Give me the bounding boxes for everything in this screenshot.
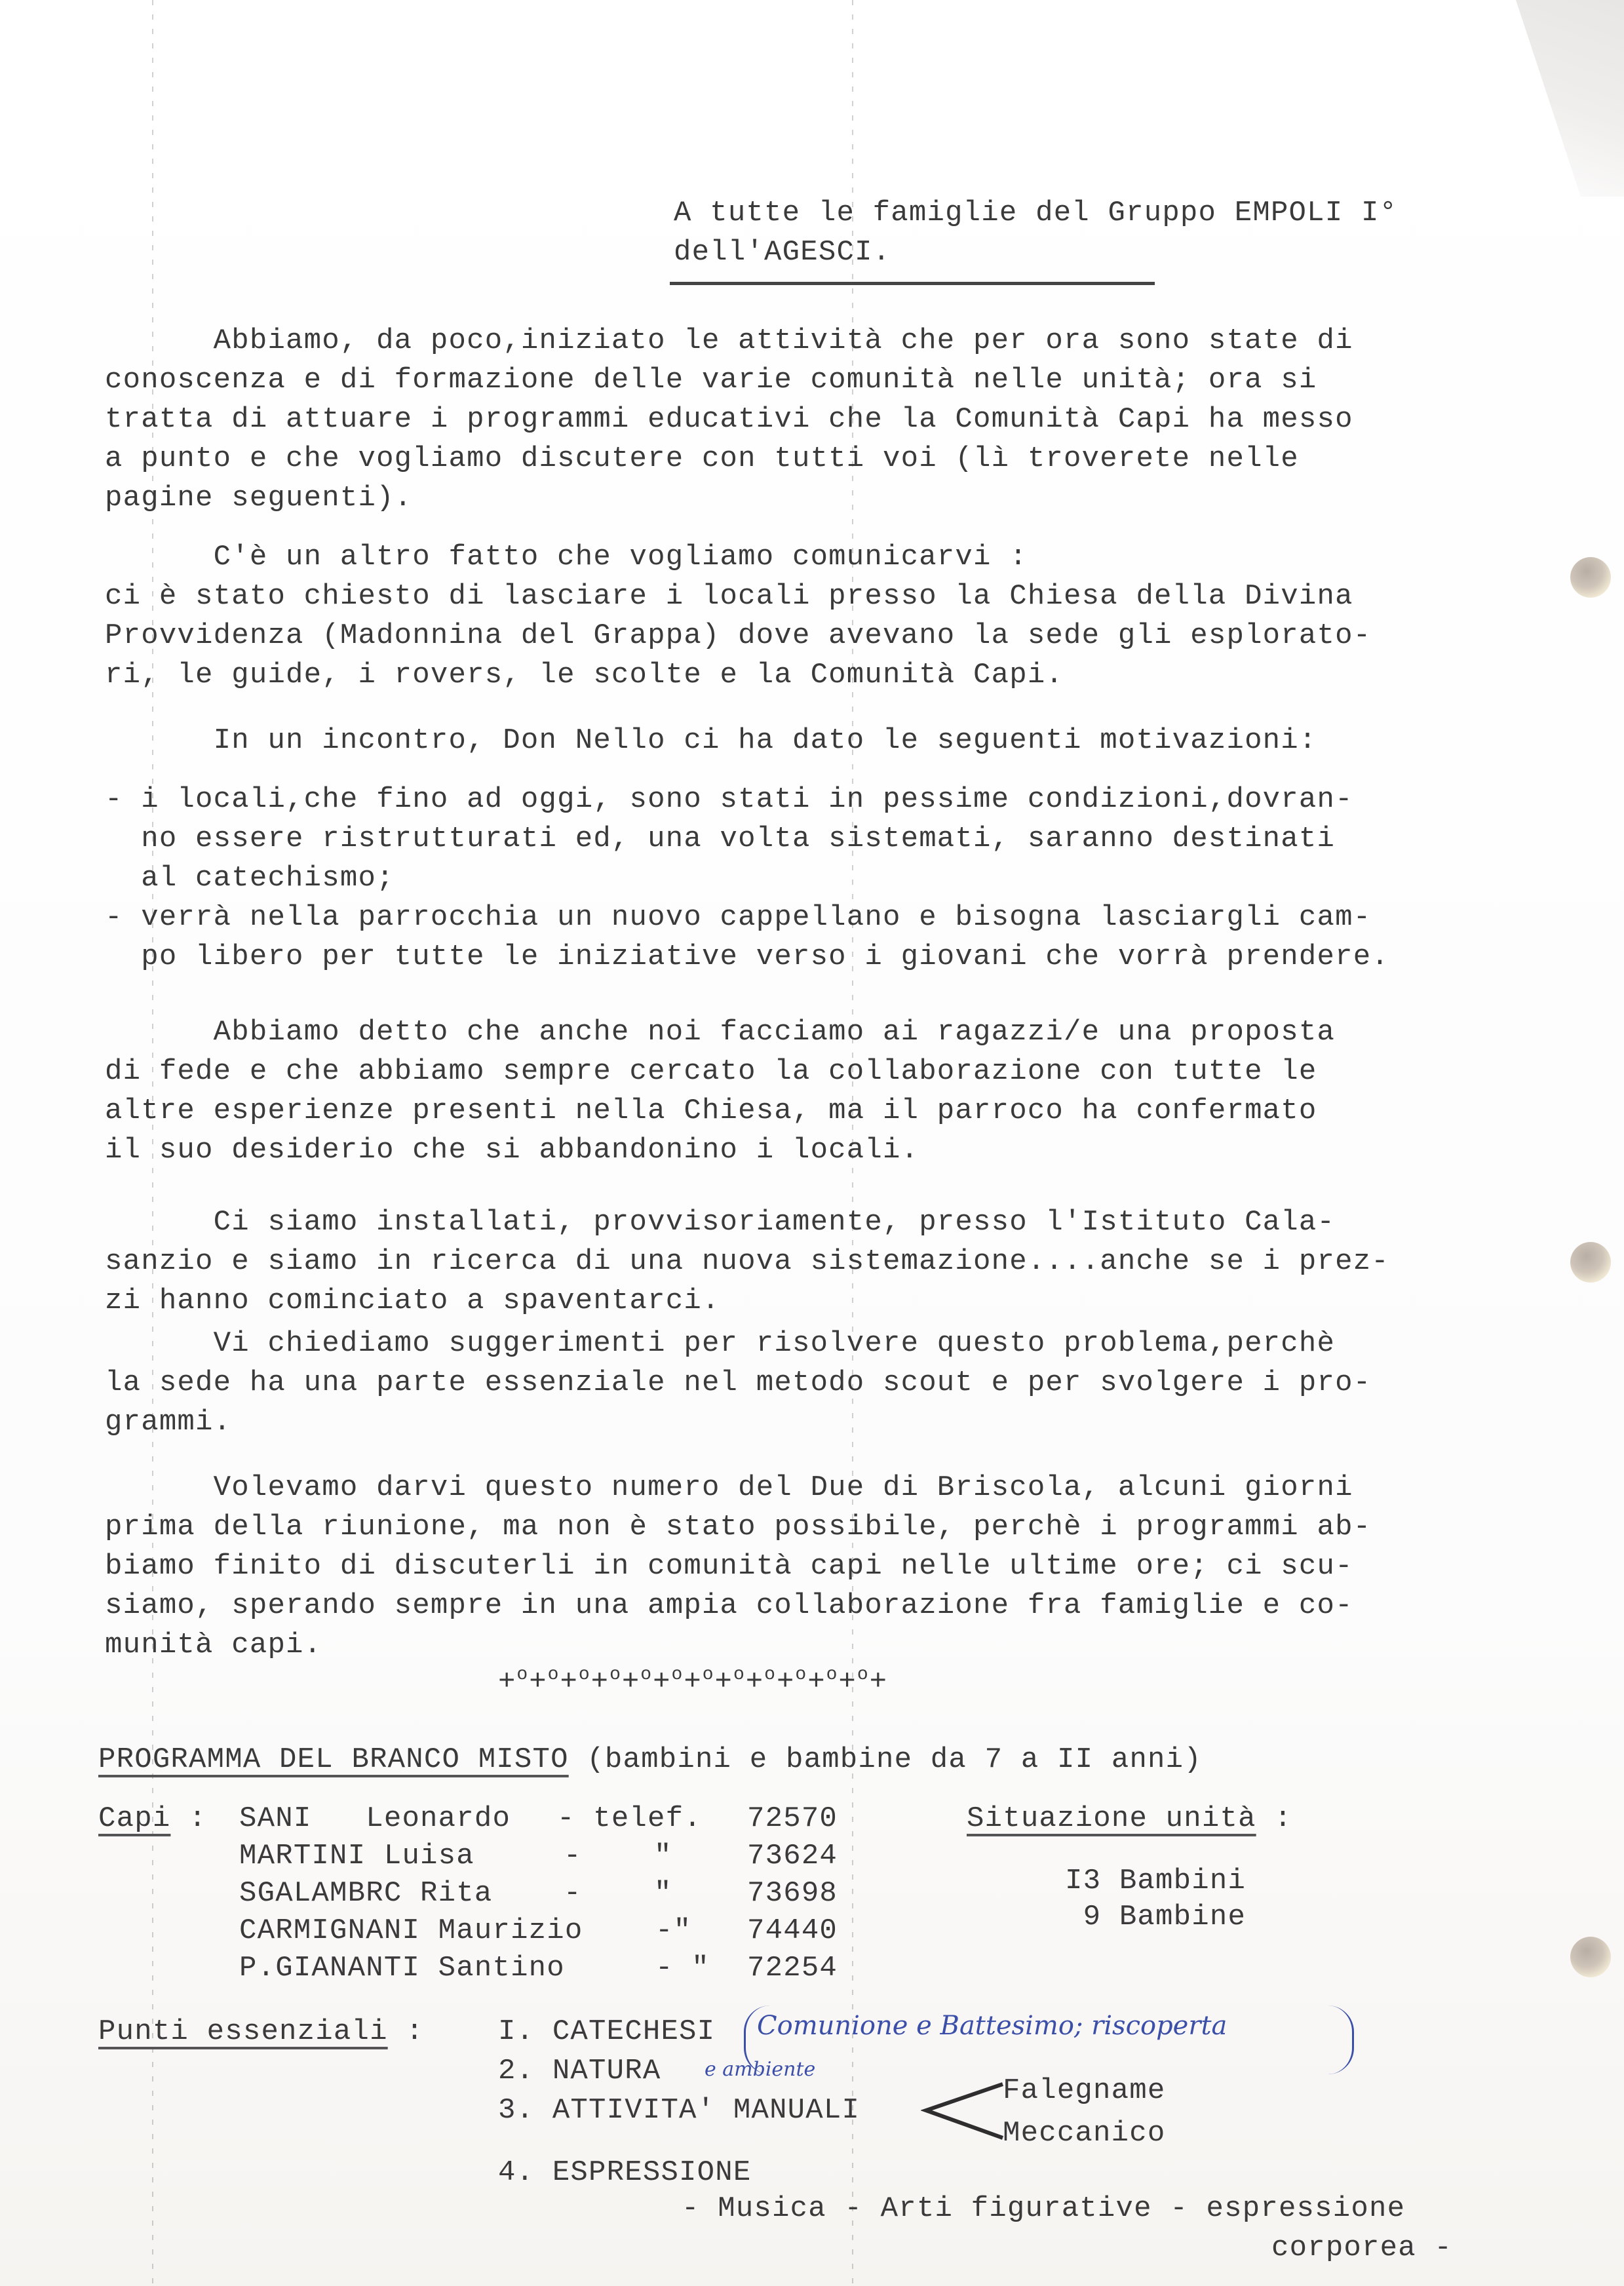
program-title: PROGRAMMA DEL BRANCO MISTO xyxy=(98,1743,569,1776)
points-label-row: Punti essenziali : xyxy=(98,2012,424,2051)
branch-meccanico: Meccanico xyxy=(1003,2114,1165,2153)
program-title-row: PROGRAMMA DEL BRANCO MISTO (bambini e ba… xyxy=(98,1740,1202,1779)
addressee-line-1: A tutte le famiglie del Gruppo EMPOLI I° xyxy=(674,193,1397,233)
point-number: I. xyxy=(498,2015,534,2048)
expression-details-line-2: corporea - xyxy=(1271,2228,1452,2268)
paragraph-line: altre esperienze presenti nella Chiesa, … xyxy=(105,1091,1317,1131)
leader-phone: 73698 xyxy=(747,1874,838,1913)
point-number: 4. xyxy=(498,2156,534,2189)
leader-name: CARMIGNANI Maurizio xyxy=(239,1911,583,1950)
page-corner-curl xyxy=(1480,0,1624,197)
paragraph-line: Volevamo darvi questo numero del Due di … xyxy=(105,1468,1353,1507)
paragraph-line: Abbiamo detto che anche noi facciamo ai … xyxy=(105,1013,1335,1052)
situation-item-girls: 9 Bambine xyxy=(1065,1897,1246,1937)
leader-separator: - " xyxy=(655,1948,710,1988)
paragraph-line: siamo, sperando sempre in una ampia coll… xyxy=(105,1586,1353,1625)
leader-name: P.GIANANTI Santino xyxy=(239,1948,565,1988)
addressee-line-2: dell'AGESCI. xyxy=(674,233,891,272)
situation-row: Situazione unità : xyxy=(967,1799,1292,1838)
leader-separator: -" xyxy=(655,1911,691,1950)
branch-falegname: Falegname xyxy=(1003,2071,1165,2110)
handwritten-note-catechesi: Comunione e Battesimo; riscoperta xyxy=(757,2011,1227,2041)
paragraph-line: prima della riunione, ma non è stato pos… xyxy=(105,1507,1371,1547)
paragraph-line: il suo desiderio che si abbandonino i lo… xyxy=(105,1131,919,1170)
leader-phone: 72570 xyxy=(747,1799,838,1838)
branch-bracket-icon xyxy=(921,2078,1006,2143)
header-underline xyxy=(670,282,1155,285)
paragraph-line: - verrà nella parrocchia un nuovo cappel… xyxy=(105,898,1371,937)
paragraph-line: po libero per tutte le iniziative verso … xyxy=(105,937,1389,977)
point-number: 2. xyxy=(498,2055,534,2087)
leader-phone: 73624 xyxy=(747,1836,838,1876)
leader-separator: - " xyxy=(564,1874,672,1913)
leader-phone: 72254 xyxy=(747,1948,838,1988)
punch-hole xyxy=(1570,1242,1611,1283)
point-number: 3. xyxy=(498,2094,534,2127)
paragraph-line: Vi chiediamo suggerimenti per risolvere … xyxy=(105,1324,1335,1363)
separator-ornament: +o+o+o+o+o+o+o+o+o+o+o+o+ xyxy=(498,1665,888,1699)
paragraph-line: di fede e che abbiamo sempre cercato la … xyxy=(105,1052,1317,1091)
paragraph-line: conoscenza e di formazione delle varie c… xyxy=(105,360,1317,400)
expression-details-line-1: - Musica - Arti figurative - espressione xyxy=(682,2189,1405,2228)
point-label: NATURA xyxy=(552,2055,661,2087)
punch-hole xyxy=(1570,557,1611,598)
point-3: 3. ATTIVITA' MANUALI xyxy=(498,2091,860,2130)
paragraph-line: sanzio e siamo in ricerca di una nuova s… xyxy=(105,1242,1389,1281)
scanned-letter-page: A tutte le famiglie del Gruppo EMPOLI I°… xyxy=(0,0,1624,2286)
point-label: CATECHESI xyxy=(552,2015,715,2048)
situation-item-boys: I3 Bambini xyxy=(1065,1861,1246,1901)
situation-colon: : xyxy=(1274,1802,1292,1835)
paragraph-line: al catechismo; xyxy=(105,859,395,898)
paragraph-line: la sede ha una parte essenziale nel meto… xyxy=(105,1363,1371,1403)
capi-label-row: Capi : xyxy=(98,1799,207,1838)
leader-name: SANI Leonardo xyxy=(239,1799,511,1838)
capi-label: Capi xyxy=(98,1802,170,1835)
punch-hole xyxy=(1570,1937,1611,1977)
paragraph-line: a punto e che vogliamo discutere con tut… xyxy=(105,439,1299,478)
leader-separator: - " xyxy=(564,1836,672,1876)
leader-name: SGALAMBRC Rita xyxy=(239,1874,492,1913)
leader-separator: - telef. xyxy=(557,1799,702,1838)
paragraph-line: Ci siamo installati, provvisoriamente, p… xyxy=(105,1203,1335,1242)
paragraph-line: ci è stato chiesto di lasciare i locali … xyxy=(105,577,1353,616)
paragraph-line: ri, le guide, i rovers, le scolte e la C… xyxy=(105,655,1064,695)
paragraph-line: Provvidenza (Madonnina del Grappa) dove … xyxy=(105,616,1371,655)
leader-name: MARTINI Luisa xyxy=(239,1836,474,1876)
capi-colon: : xyxy=(189,1802,207,1835)
leader-phone: 74440 xyxy=(747,1911,838,1950)
situation-label: Situazione unità xyxy=(967,1802,1256,1835)
point-label: ESPRESSIONE xyxy=(552,2156,752,2189)
points-colon: : xyxy=(406,2015,424,2048)
paragraph-line: In un incontro, Don Nello ci ha dato le … xyxy=(105,721,1317,760)
point-1: I. CATECHESI xyxy=(498,2012,715,2051)
paragraph-line: munità capi. xyxy=(105,1625,322,1665)
points-label: Punti essenziali xyxy=(98,2015,388,2048)
handwritten-note-natura: e ambiente xyxy=(705,2058,815,2081)
paragraph-line: C'è un altro fatto che vogliamo comunica… xyxy=(105,537,1028,577)
paragraph-line: grammi. xyxy=(105,1403,231,1442)
paragraph-line: pagine seguenti). xyxy=(105,478,412,518)
paragraph-line: Abbiamo, da poco,iniziato le attività ch… xyxy=(105,321,1353,360)
paragraph-line: no essere ristrutturati ed, una volta si… xyxy=(105,819,1335,859)
paragraph-line: - i locali,che fino ad oggi, sono stati … xyxy=(105,780,1353,819)
paragraph-line: tratta di attuare i programmi educativi … xyxy=(105,400,1353,439)
point-2: 2. NATURA xyxy=(498,2051,661,2091)
point-4: 4. ESPRESSIONE xyxy=(498,2153,751,2192)
paragraph-line: biamo finito di discuterli in comunità c… xyxy=(105,1547,1353,1586)
program-subtitle: (bambini e bambine da 7 a II anni) xyxy=(587,1743,1202,1776)
point-label: ATTIVITA' MANUALI xyxy=(552,2094,860,2127)
paragraph-line: zi hanno cominciato a spaventarci. xyxy=(105,1281,720,1321)
